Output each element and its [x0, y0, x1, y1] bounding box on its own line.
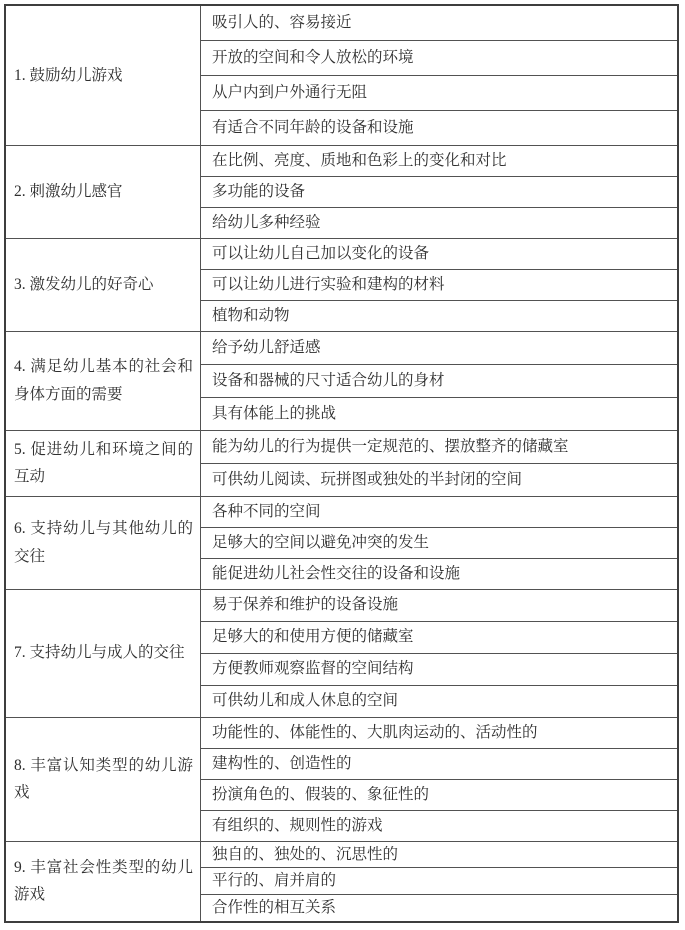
item-cell: 在比例、亮度、质地和色彩上的变化和对比: [201, 145, 679, 176]
item-cell: 有组织的、规则性的游戏: [201, 810, 679, 841]
item-cell: 能为幼儿的行为提供一定规范的、摆放整齐的储藏室: [201, 430, 679, 463]
item-cell: 给幼儿多种经验: [201, 207, 679, 238]
category-cell-6: 6. 支持幼儿与其他幼儿的交往: [5, 496, 201, 589]
item-cell: 合作性的相互关系: [201, 894, 679, 921]
item-cell: 给予幼儿舒适感: [201, 331, 679, 364]
item-cell: 扮演角色的、假装的、象征性的: [201, 779, 679, 810]
table-row: 9. 丰富社会性类型的幼儿游戏 独自的、独处的、沉思性的: [5, 841, 678, 868]
item-cell: 功能性的、体能性的、大肌肉运动的、活动性的: [201, 717, 679, 748]
item-cell: 设备和器械的尺寸适合幼儿的身材: [201, 364, 679, 397]
category-cell-5: 5. 促进幼儿和环境之间的互动: [5, 430, 201, 496]
table-row: 4. 满足幼儿基本的社会和身体方面的需要 给予幼儿舒适感: [5, 331, 678, 364]
table-row: 2. 刺激幼儿感官 在比例、亮度、质地和色彩上的变化和对比: [5, 145, 678, 176]
item-cell: 可以让幼儿自己加以变化的设备: [201, 238, 679, 269]
item-cell: 从户内到户外通行无阻: [201, 75, 679, 110]
category-cell-2: 2. 刺激幼儿感官: [5, 145, 201, 238]
item-cell: 有适合不同年龄的设备和设施: [201, 110, 679, 145]
document-page: 1. 鼓励幼儿游戏 吸引人的、容易接近 开放的空间和令人放松的环境 从户内到户外…: [0, 0, 685, 930]
item-cell: 可供幼儿阅读、玩拼图或独处的半封闭的空间: [201, 463, 679, 496]
table-row: 1. 鼓励幼儿游戏 吸引人的、容易接近: [5, 5, 678, 40]
item-cell: 可以让幼儿进行实验和建构的材料: [201, 269, 679, 300]
category-cell-8: 8. 丰富认知类型的幼儿游戏: [5, 717, 201, 841]
item-cell: 具有体能上的挑战: [201, 397, 679, 430]
item-cell: 植物和动物: [201, 300, 679, 331]
item-cell: 能促进幼儿社会性交往的设备和设施: [201, 558, 679, 589]
category-cell-9: 9. 丰富社会性类型的幼儿游戏: [5, 841, 201, 922]
item-cell: 平行的、肩并肩的: [201, 868, 679, 895]
item-cell: 足够大的和使用方便的储藏室: [201, 621, 679, 653]
item-cell: 独自的、独处的、沉思性的: [201, 841, 679, 868]
item-cell: 开放的空间和令人放松的环境: [201, 40, 679, 75]
criteria-table: 1. 鼓励幼儿游戏 吸引人的、容易接近 开放的空间和令人放松的环境 从户内到户外…: [4, 4, 679, 923]
item-cell: 足够大的空间以避免冲突的发生: [201, 527, 679, 558]
table-row: 8. 丰富认知类型的幼儿游戏 功能性的、体能性的、大肌肉运动的、活动性的: [5, 717, 678, 748]
category-cell-3: 3. 激发幼儿的好奇心: [5, 238, 201, 331]
item-cell: 可供幼儿和成人休息的空间: [201, 685, 679, 717]
item-cell: 易于保养和维护的设备设施: [201, 589, 679, 621]
table-row: 3. 激发幼儿的好奇心 可以让幼儿自己加以变化的设备: [5, 238, 678, 269]
item-cell: 各种不同的空间: [201, 496, 679, 527]
category-cell-1: 1. 鼓励幼儿游戏: [5, 5, 201, 145]
category-cell-7: 7. 支持幼儿与成人的交往: [5, 589, 201, 717]
category-cell-4: 4. 满足幼儿基本的社会和身体方面的需要: [5, 331, 201, 430]
item-cell: 吸引人的、容易接近: [201, 5, 679, 40]
table-row: 5. 促进幼儿和环境之间的互动 能为幼儿的行为提供一定规范的、摆放整齐的储藏室: [5, 430, 678, 463]
item-cell: 方便教师观察监督的空间结构: [201, 653, 679, 685]
item-cell: 多功能的设备: [201, 176, 679, 207]
table-row: 7. 支持幼儿与成人的交往 易于保养和维护的设备设施: [5, 589, 678, 621]
item-cell: 建构性的、创造性的: [201, 748, 679, 779]
table-row: 6. 支持幼儿与其他幼儿的交往 各种不同的空间: [5, 496, 678, 527]
